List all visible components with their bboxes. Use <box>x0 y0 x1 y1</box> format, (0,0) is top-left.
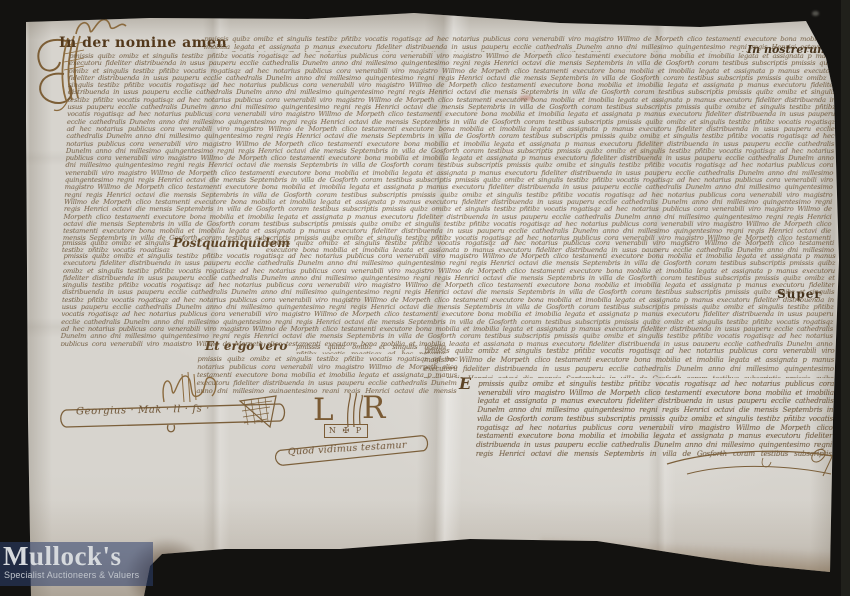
browned-bottom-edge <box>539 520 841 586</box>
watermark-title: Mullock's <box>3 542 153 570</box>
background-speck <box>812 11 819 16</box>
manuscript-et-ergo-block: pmissis quibz omibz et singulis testibz … <box>196 355 457 393</box>
opening-heading: In der nomine amen <box>59 35 227 51</box>
notary-monogram-letter-r: R <box>362 390 385 426</box>
background-edge-strip <box>841 0 850 596</box>
manuscript-line-right: pmissis quibz omibz et singulis testibz … <box>266 240 834 252</box>
notary-signature-flourish <box>663 440 838 480</box>
parchment-document: In der nomine amen In nostrerum Postquam… <box>0 0 850 596</box>
manuscript-et-ergo-line: pmissis quibz omibz et singulis testibz … <box>296 344 446 354</box>
watermark-subtitle: Specialist Auctioneers & Valuers <box>4 570 153 580</box>
auction-house-watermark: Mullock's Specialist Auctioneers & Value… <box>0 542 153 586</box>
auction-photo-stage: In der nomine amen In nostrerum Postquam… <box>0 0 850 596</box>
manuscript-first-line: pmissis quibz omibz et singulis testibz … <box>204 36 835 52</box>
manuscript-line-left: pmissis quibz omibz et singulis testibz … <box>62 240 170 252</box>
notary-motto-banner: Quod vidimus testamur <box>271 432 433 472</box>
crosshatch-triangle-flourish <box>236 393 280 431</box>
manuscript-right-continuation: pmissis quibz omibz et singulis testibz … <box>423 347 834 378</box>
manuscript-body-upper: pmissis quibz omibz et singulis testibz … <box>63 53 838 243</box>
manuscript-body-lower: pmissis quibz omibz et singulis testibz … <box>60 253 835 346</box>
notary-monogram-letter-l: L <box>313 392 334 428</box>
